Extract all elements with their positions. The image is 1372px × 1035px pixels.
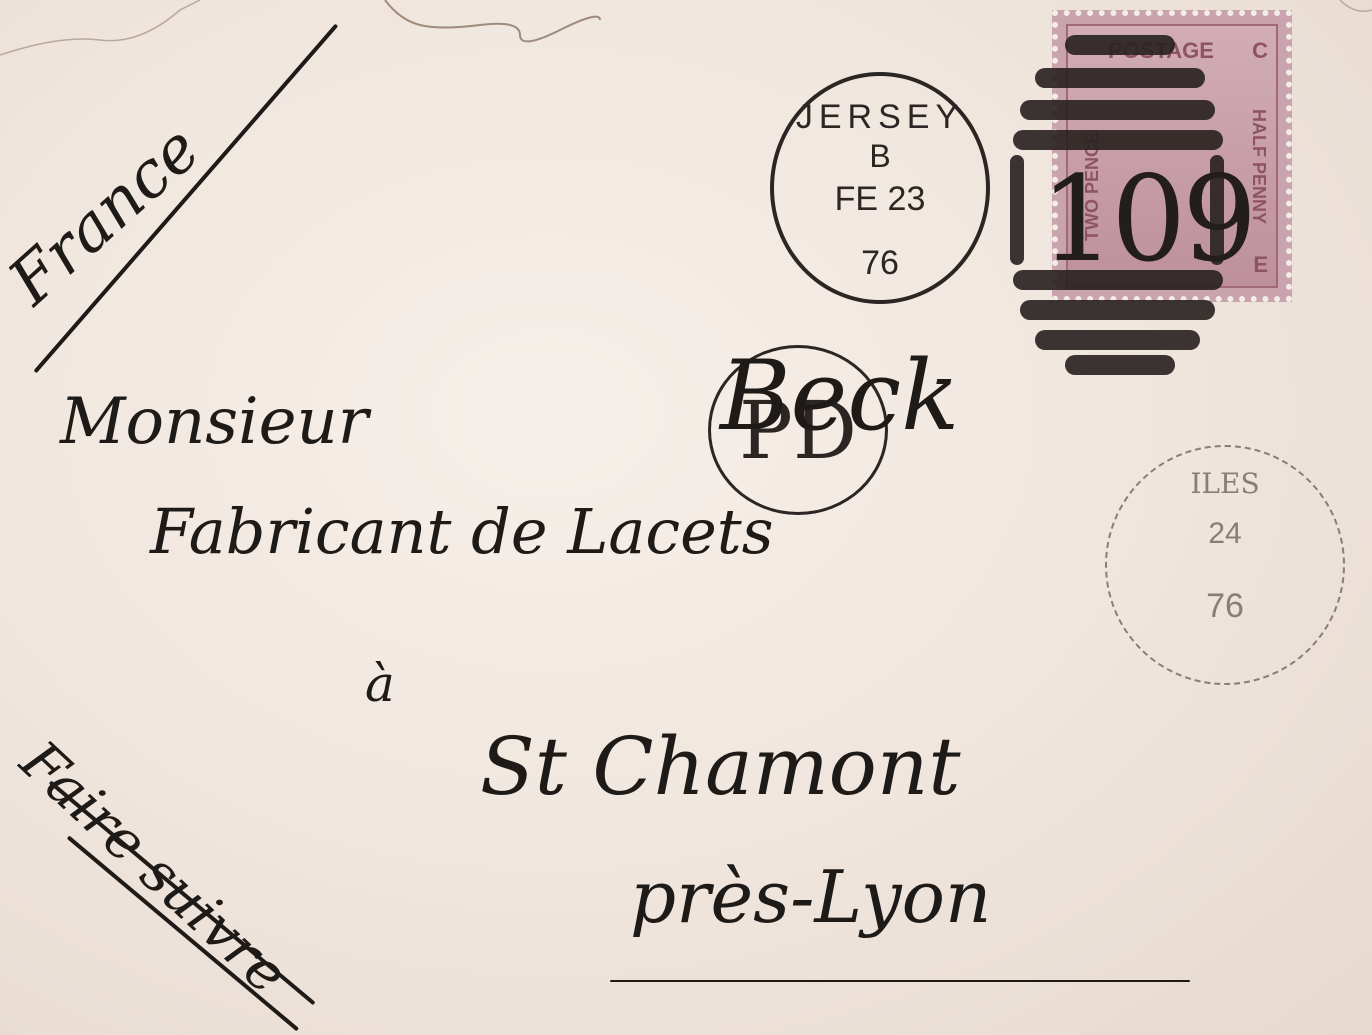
stamp-corner-bottom: E [1253,252,1268,278]
address-name: Beck [720,340,959,452]
postmark-date: FE 23 [774,180,986,219]
french-postmark-top: ILES [1107,467,1343,500]
address-occupation: Fabricant de Lacets [150,495,774,568]
postmark-letter: B [774,138,986,175]
address-preposition: à [365,655,395,713]
cancel-numeral: 109 [1040,150,1253,288]
french-postmark: ILES 24 76 [1105,445,1345,685]
french-postmark-year: 76 [1107,587,1343,626]
jersey-postmark: JERSEY B FE 23 76 [770,72,990,304]
address-underline [610,980,1190,982]
address-town: St Chamont [480,720,961,813]
stamp-corner-top: C [1252,38,1268,64]
envelope: France POSTAGE C E HALF PENNY TWO PENCE … [0,0,1372,1035]
postmark-town: JERSEY [774,98,986,137]
address-near: près-Lyon [630,855,991,939]
forward-underline-1 [49,780,316,1005]
postmark-year: 76 [774,244,986,283]
address-salutation: Monsieur [60,385,368,459]
french-postmark-day: 24 [1107,517,1343,551]
